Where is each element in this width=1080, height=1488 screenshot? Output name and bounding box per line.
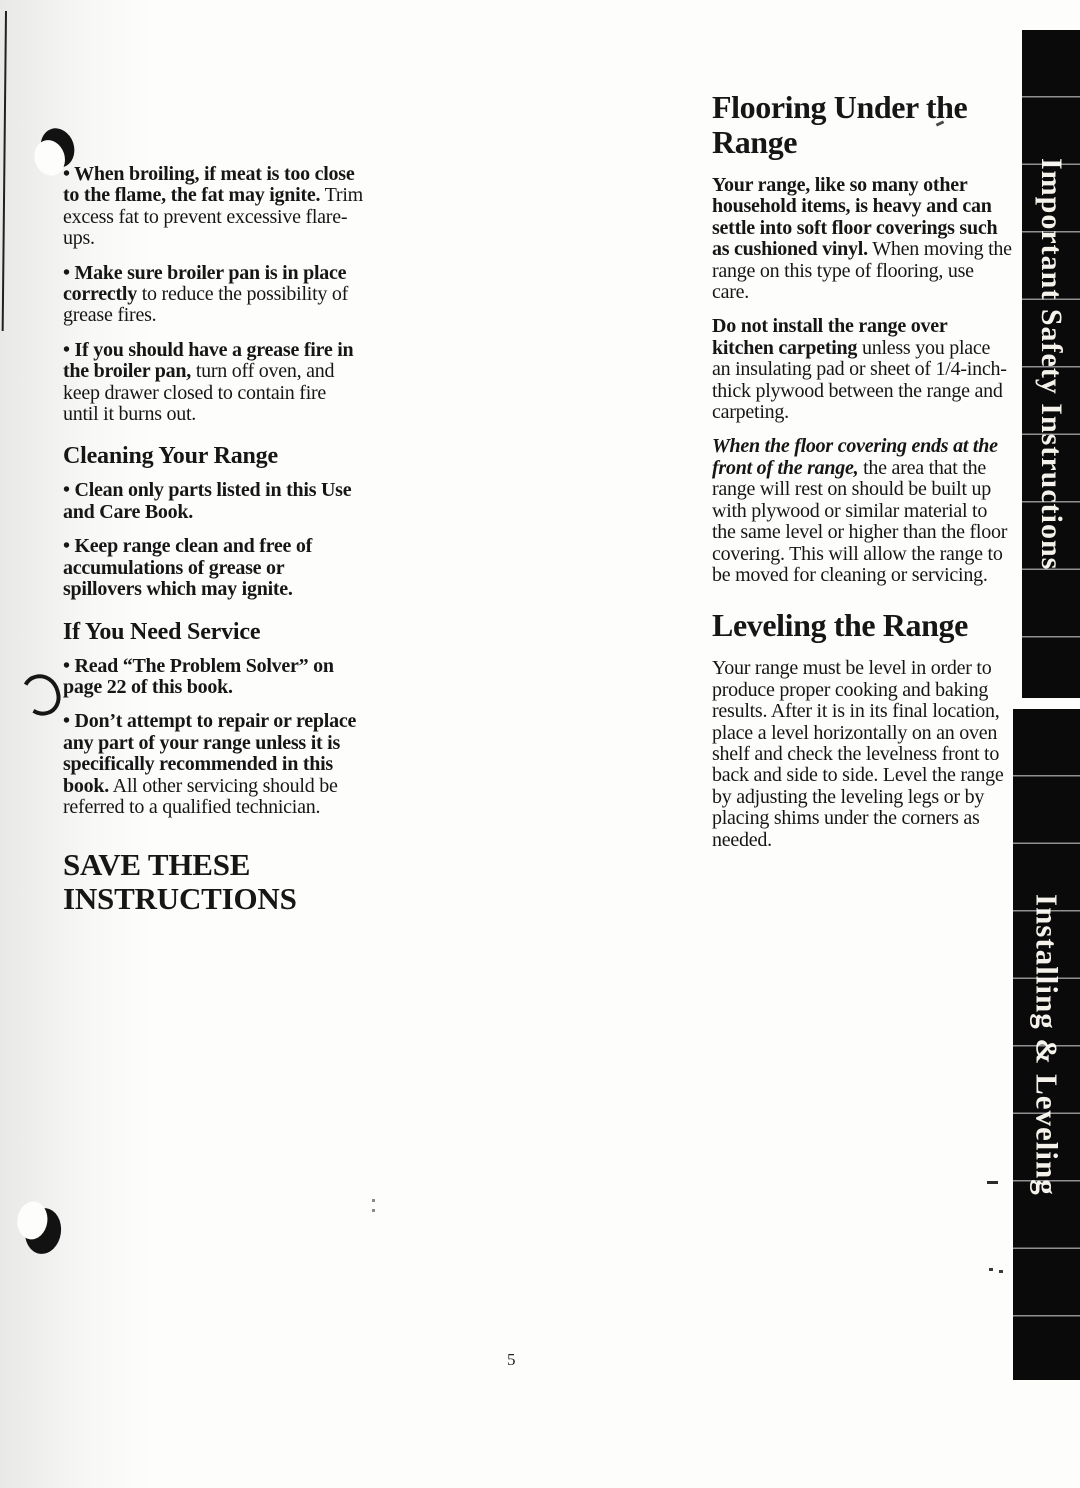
scan-speck: [989, 1268, 993, 1271]
bullet-item: • Make sure broiler pan is in place corr…: [63, 263, 363, 327]
heading-leveling-the-range: Leveling the Range: [712, 608, 1013, 643]
paragraph-item: Your range must be level in order to pro…: [712, 658, 1013, 851]
left-column: • When broiling, if meat is too close to…: [63, 164, 363, 916]
heading-save-these-instructions: SAVE THESE INSTRUCTIONS: [63, 848, 363, 916]
bullet-item: • Don’t attempt to repair or replace any…: [63, 711, 363, 818]
page-edge-line: [2, 11, 7, 331]
scan-speck: [372, 1199, 375, 1202]
paragraph-item: Your range, like so many other household…: [712, 175, 1013, 303]
heading-cleaning-your-range: Cleaning Your Range: [63, 443, 363, 470]
heading-flooring-under-the-range: Flooring Under the Range: [712, 90, 974, 160]
bullet-bold-text: • Read “The Problem Solver” on page 22 o…: [63, 655, 334, 698]
page-number: 5: [507, 1350, 516, 1370]
bullet-bold-text: • When broiling, if meat is too close to…: [63, 163, 354, 206]
bullet-item: • Read “The Problem Solver” on page 22 o…: [63, 656, 363, 699]
paragraph-item: Do not install the range over kitchen ca…: [712, 316, 1013, 423]
paragraph-item: When the floor covering ends at the fron…: [712, 436, 1013, 586]
bullet-bold-text: • Clean only parts listed in this Use an…: [63, 479, 351, 522]
ink-circle-scribble-icon: [17, 670, 65, 720]
right-column: Flooring Under the Range Your range, lik…: [712, 90, 1013, 864]
bullet-bold-text: • Keep range clean and free of accumulat…: [63, 535, 312, 600]
scan-speck: [987, 1181, 998, 1184]
tab-label: Installing & Leveling: [1029, 894, 1065, 1196]
bullet-item: • If you should have a grease fire in th…: [63, 340, 363, 426]
bullet-item: • Clean only parts listed in this Use an…: [63, 480, 363, 523]
heading-if-you-need-service: If You Need Service: [63, 619, 363, 646]
bullet-item: • When broiling, if meat is too close to…: [63, 164, 363, 250]
ink-blob-icon: [22, 1206, 64, 1257]
scanned-manual-page: • When broiling, if meat is too close to…: [0, 0, 1080, 1488]
tab-installing-and-leveling: Installing & Leveling: [1013, 709, 1080, 1380]
bullet-item: • Keep range clean and free of accumulat…: [63, 536, 363, 600]
tab-important-safety-instructions: Important Safety Instructions: [1022, 30, 1080, 698]
tab-label: Important Safety Instructions: [1034, 158, 1068, 570]
